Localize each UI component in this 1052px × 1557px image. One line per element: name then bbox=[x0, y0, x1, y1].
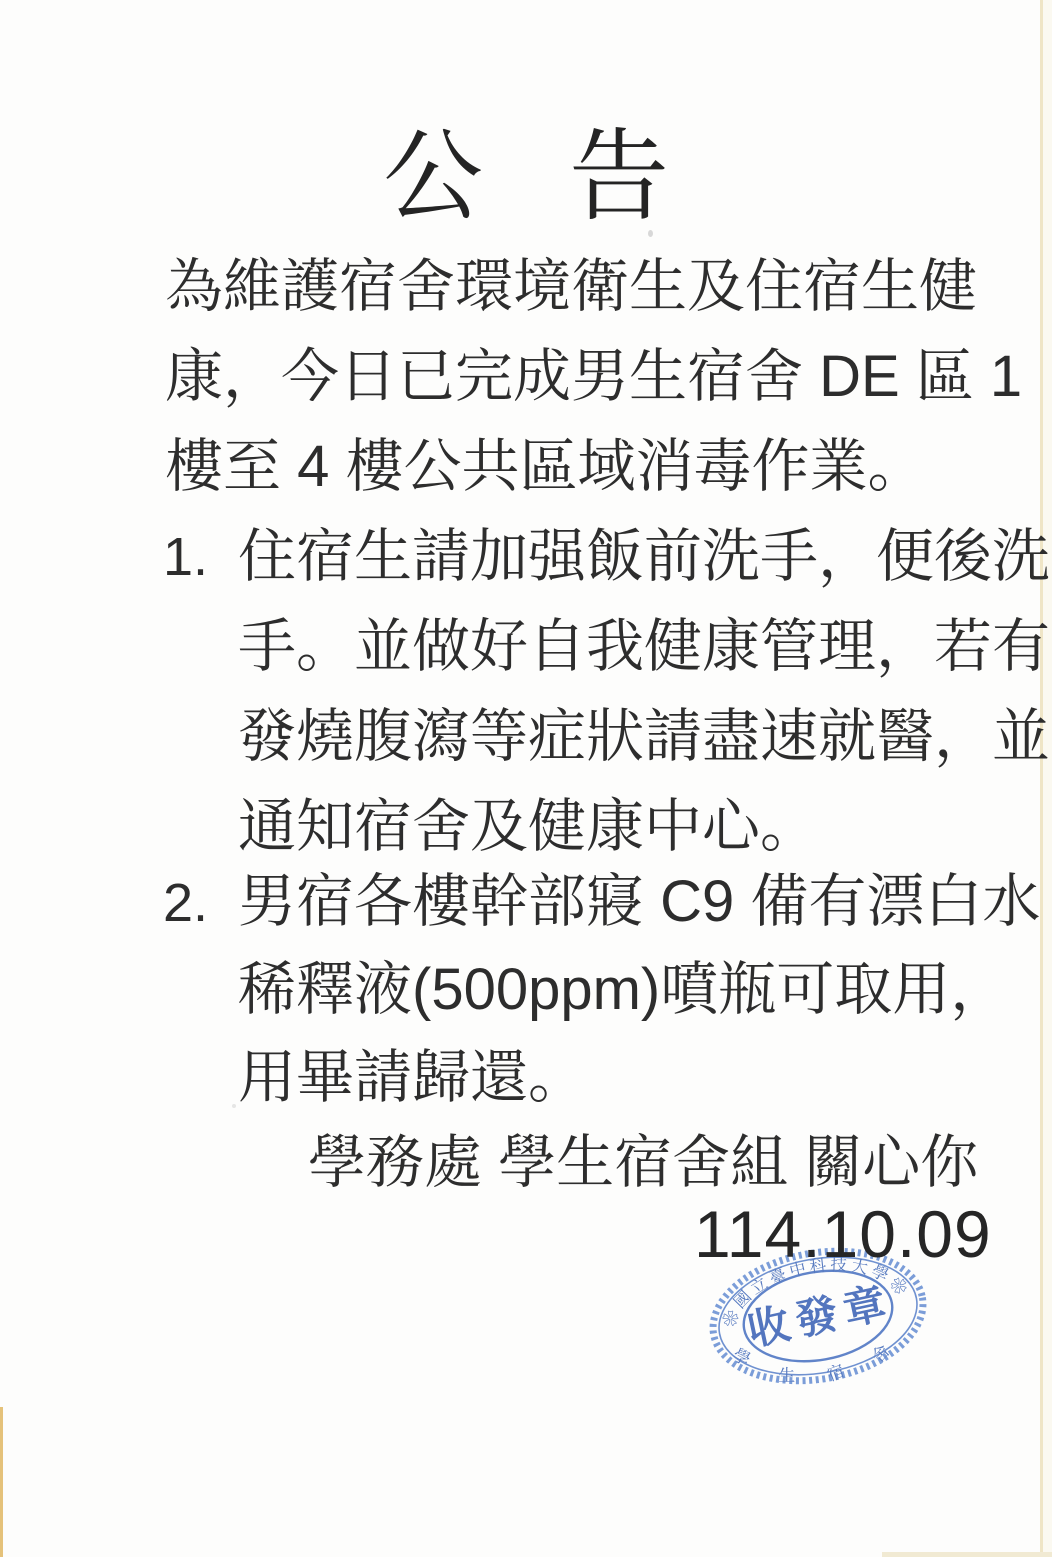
scanned-notice-page: 公告 為維護宿舍環境衛生及住宿生健 康，今日已完成男生宿舍 DE 區 1 樓至 … bbox=[0, 0, 1052, 1557]
signature-line: 學務處 學生宿舍組 關心你 bbox=[308, 1118, 978, 1208]
paper-edge-bottom bbox=[882, 1552, 1052, 1557]
intro-line: 康，今日已完成男生宿舍 DE 區 1 bbox=[165, 332, 1022, 422]
item-line: 男宿各樓幹部寢 C9 備有漂白水 bbox=[238, 858, 1040, 946]
item-line: 用畢請歸還。 bbox=[238, 1034, 1040, 1122]
item-number: 2. bbox=[163, 858, 238, 1122]
list-item-1: 1. 住宿生請加强飯前洗手，便後洗 手。並做好自我健康管理，若有 發燒腹瀉等症狀… bbox=[163, 512, 1050, 872]
list-item-2: 2. 男宿各樓幹部寢 C9 備有漂白水 稀釋液(500ppm)噴瓶可取用， 用畢… bbox=[163, 858, 1040, 1122]
item-lines: 住宿生請加强飯前洗手，便後洗 手。並做好自我健康管理，若有 發燒腹瀉等症狀請盡速… bbox=[238, 512, 1050, 872]
intro-line: 樓至 4 樓公共區域消毒作業。 bbox=[165, 422, 1022, 512]
item-lines: 男宿各樓幹部寢 C9 備有漂白水 稀釋液(500ppm)噴瓶可取用， 用畢請歸還… bbox=[238, 858, 1040, 1122]
item-line: 住宿生請加强飯前洗手，便後洗 bbox=[238, 512, 1050, 602]
intro-line: 為維護宿舍環境衛生及住宿生健 bbox=[165, 242, 1022, 332]
item-line: 稀釋液(500ppm)噴瓶可取用， bbox=[238, 946, 1040, 1034]
item-line: 手。並做好自我健康管理，若有 bbox=[238, 602, 1050, 692]
date-line: 114.10.09 bbox=[694, 1198, 992, 1270]
item-line: 發燒腹瀉等症狀請盡速就醫，並 bbox=[238, 692, 1050, 782]
item-number: 1. bbox=[163, 512, 238, 872]
notice-title: 公告 bbox=[0, 118, 1052, 236]
paper-edge-left-bottom bbox=[0, 1407, 3, 1557]
intro-paragraph: 為維護宿舍環境衛生及住宿生健 康，今日已完成男生宿舍 DE 區 1 樓至 4 樓… bbox=[165, 242, 1022, 512]
